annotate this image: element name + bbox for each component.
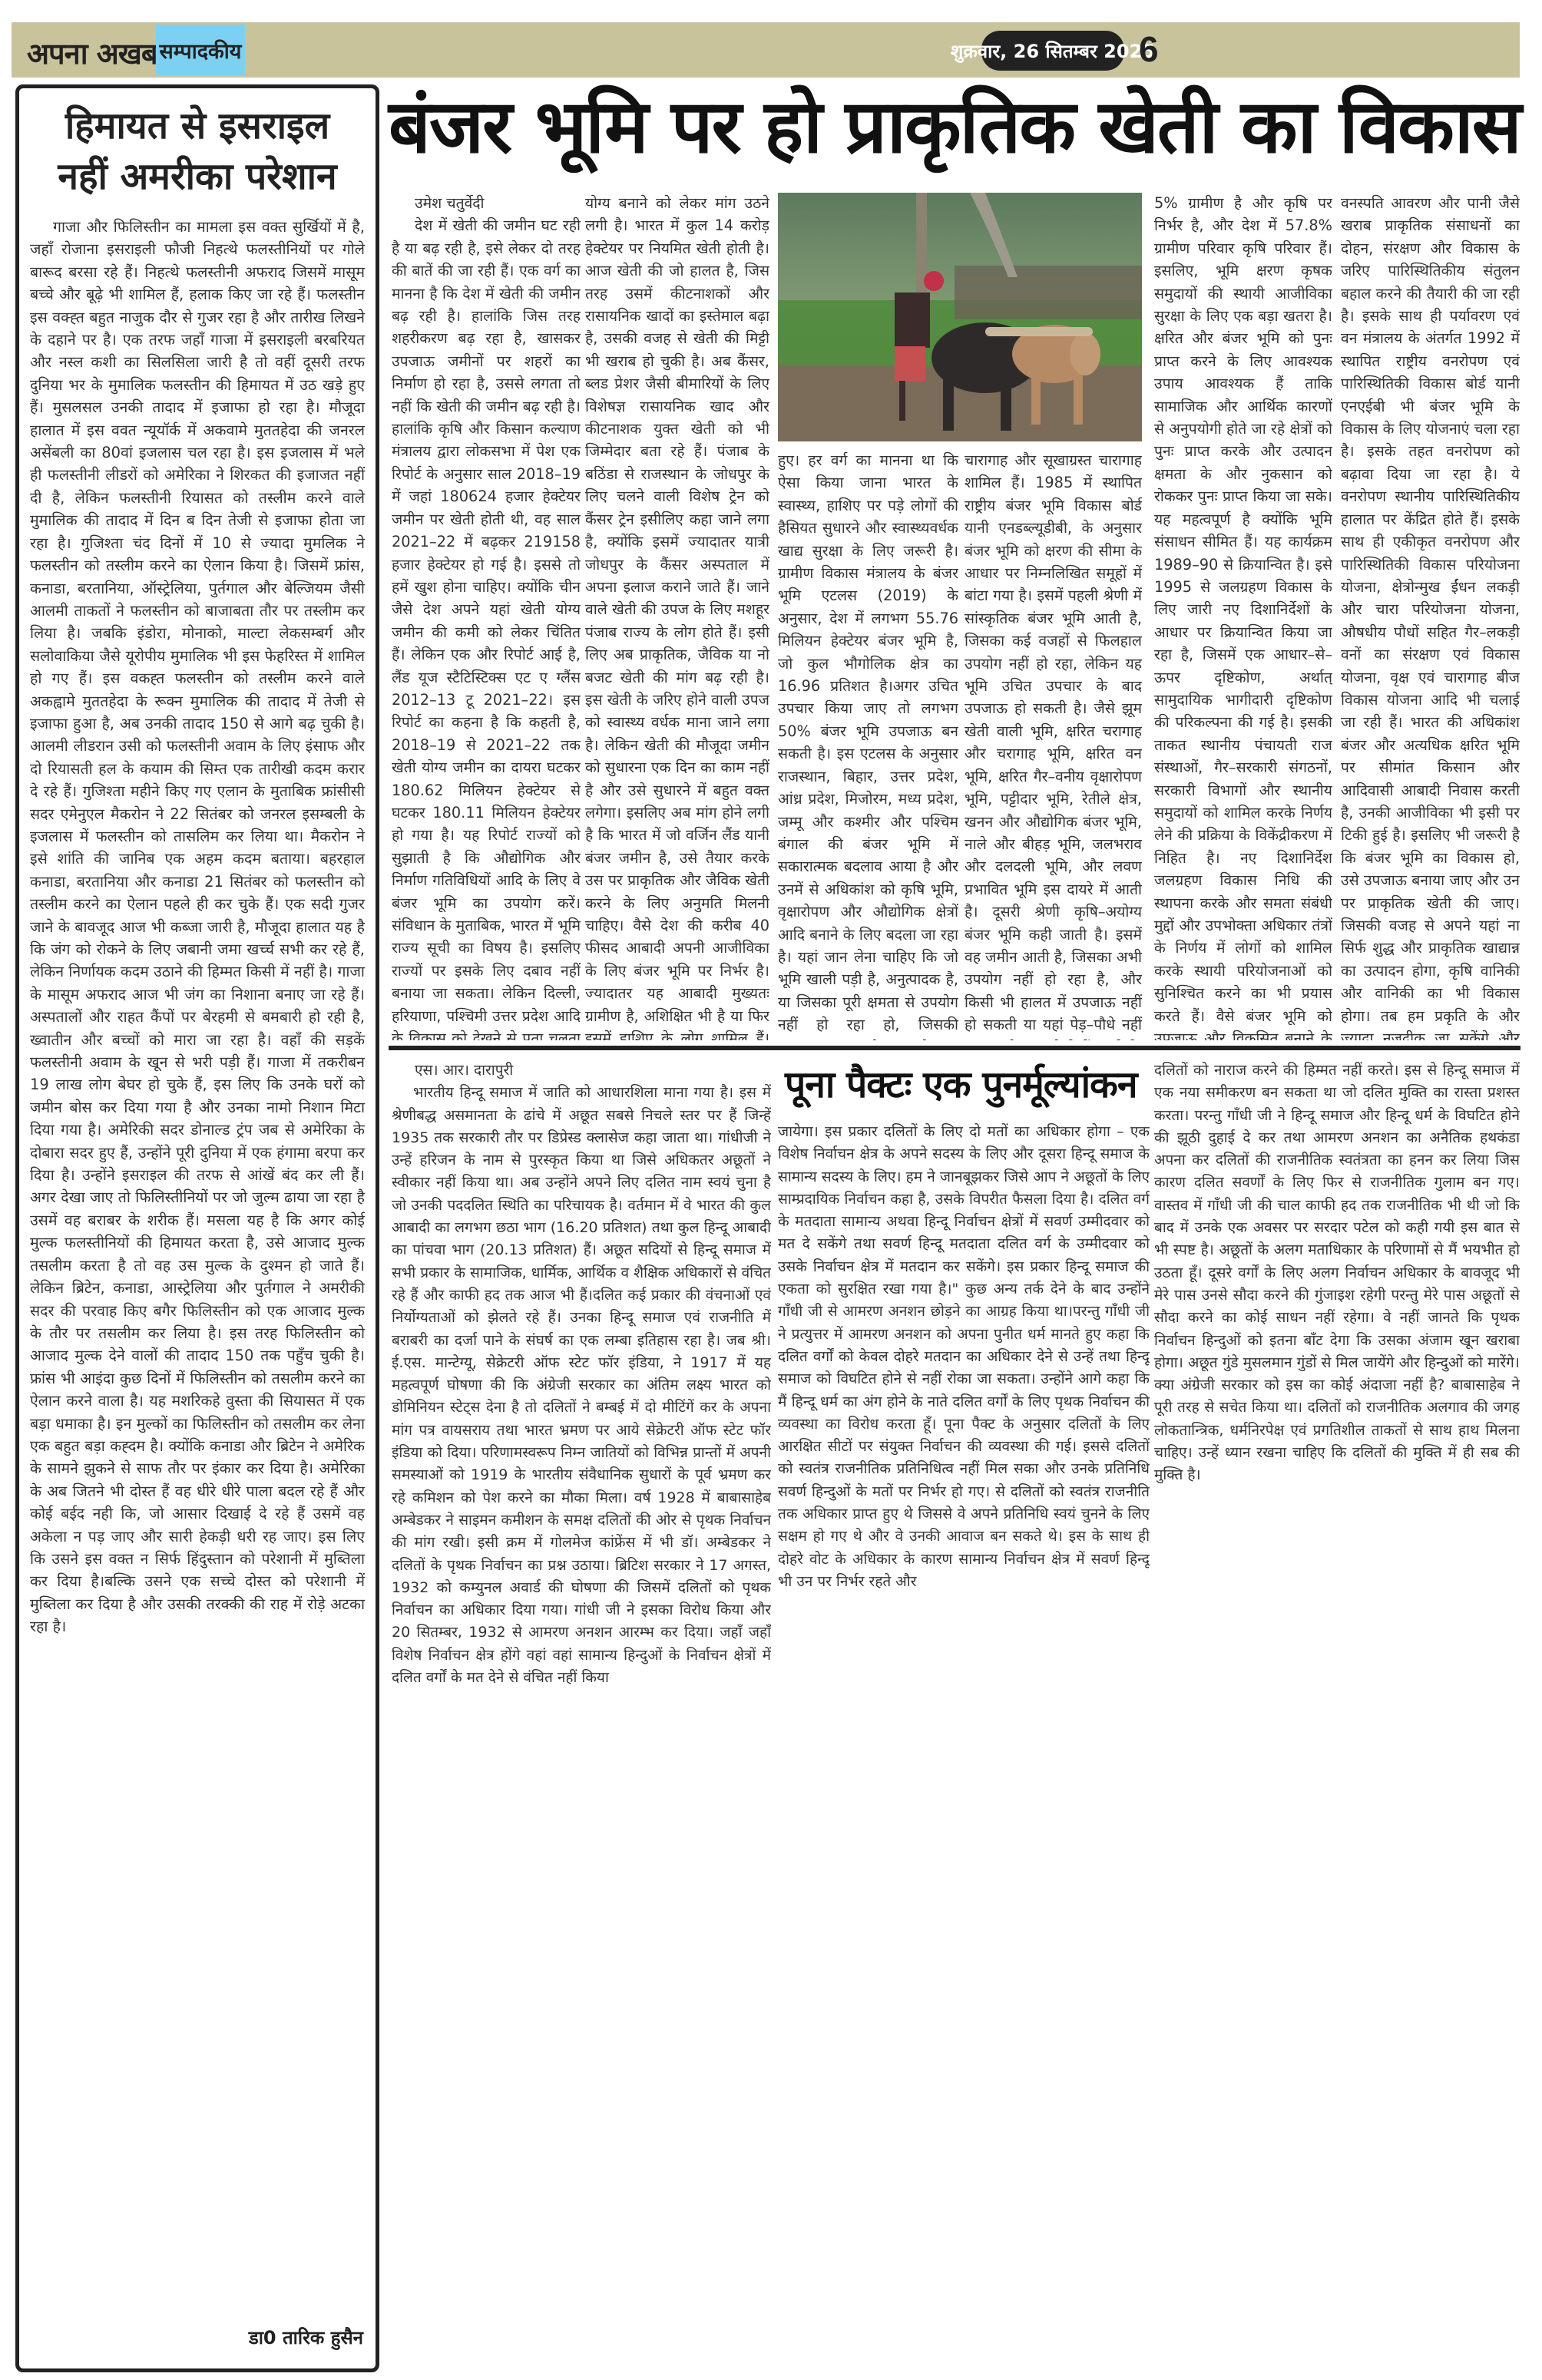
side-title-line-2: नहीं अमरीका परेशान <box>30 151 365 202</box>
main-article-column-3: हुए। हर वर्ग का मानना था कि ऐसा किया जान… <box>778 449 958 1040</box>
second-article-column-3: दलितों को नाराज करने की हिम्मत नहीं करते… <box>1154 1059 1520 2365</box>
second-article-text: भारतीय हिन्दू समाज में जाति को आधारशिला … <box>392 1082 771 1689</box>
masthead-bar: अपना अखबार सम्पादकीय शुक्रवार, 26 सितम्ब… <box>12 22 1520 78</box>
side-article-author: डा0 तारिक हुसैन <box>249 2325 363 2350</box>
section-label: सम्पादकीय <box>156 25 245 75</box>
issue-date-badge: शुक्रवार, 26 सितम्बर 2025 <box>981 31 1124 71</box>
main-article-text: हुए। हर वर्ग का मानना था कि ऐसा किया जान… <box>778 449 958 1040</box>
second-article-column-2: जायेगा। इस प्रकार दलितों के लिए दो मतों … <box>778 1121 1150 2365</box>
second-article-text: दलितों को नाराज करने की हिम्मत नहीं करते… <box>1154 1059 1520 1487</box>
photo-image <box>778 193 1142 441</box>
main-article-column-4: चारागाह और सूखाग्रस्त चारागाह शामिल हैं।… <box>965 449 1142 1040</box>
main-article-column-1: उमेश चतुर्वेदी देश में खेती की जमीन घट र… <box>392 192 581 1040</box>
second-article-headline: पूना पैक्टः एक पुनर्मूल्यांकन <box>785 1062 1158 1108</box>
main-article-text: चारागाह और सूखाग्रस्त चारागाह शामिल हैं।… <box>965 449 1142 1040</box>
main-article-author: उमेश चतुर्वेदी <box>392 192 581 214</box>
side-article-box: हिमायत से इसराइल नहीं अमरीका परेशान गाजा… <box>15 84 379 2372</box>
main-article-column-5: 5% ग्रामीण है और कृषि पर निर्भर है, और द… <box>1154 192 1332 1040</box>
main-article-text: योग्य बनाने को लेकर मांग उठने लगी है। भा… <box>585 192 769 1040</box>
main-article-text: वनस्पति आवरण और पानी जैसे खराब प्राकृतिक… <box>1341 192 1520 1040</box>
main-article-text: देश में खेती की जमीन घट रही है या बढ़ रह… <box>392 214 581 1040</box>
main-article-column-2: योग्य बनाने को लेकर मांग उठने लगी है। भा… <box>585 192 769 1040</box>
main-article-text: 5% ग्रामीण है और कृषि पर निर्भर है, और द… <box>1154 192 1332 1040</box>
page-number: 6 <box>1139 28 1159 70</box>
section-divider <box>389 1046 1520 1050</box>
newspaper-name: अपना अखबार <box>27 33 176 73</box>
side-title-line-1: हिमायत से इसराइल <box>30 101 365 151</box>
farmer-ploughing-photo <box>778 193 1142 441</box>
main-article-column-6: वनस्पति आवरण और पानी जैसे खराब प्राकृतिक… <box>1341 192 1520 1040</box>
side-article-title: हिमायत से इसराइल नहीं अमरीका परेशान <box>30 101 365 202</box>
second-article-text: जायेगा। इस प्रकार दलितों के लिए दो मतों … <box>778 1121 1150 1593</box>
second-article-column-1: एस। आर। दारापुरी भारतीय हिन्दू समाज में … <box>392 1059 771 2365</box>
side-article-body: गाजा और फिलिस्तीन का मामला इस वक्त सुर्ख… <box>30 216 365 1638</box>
main-headline: बंजर भूमि पर हो प्राकृतिक खेती का विकास <box>389 84 1525 177</box>
second-article-author: एस। आर। दारापुरी <box>392 1059 771 1082</box>
